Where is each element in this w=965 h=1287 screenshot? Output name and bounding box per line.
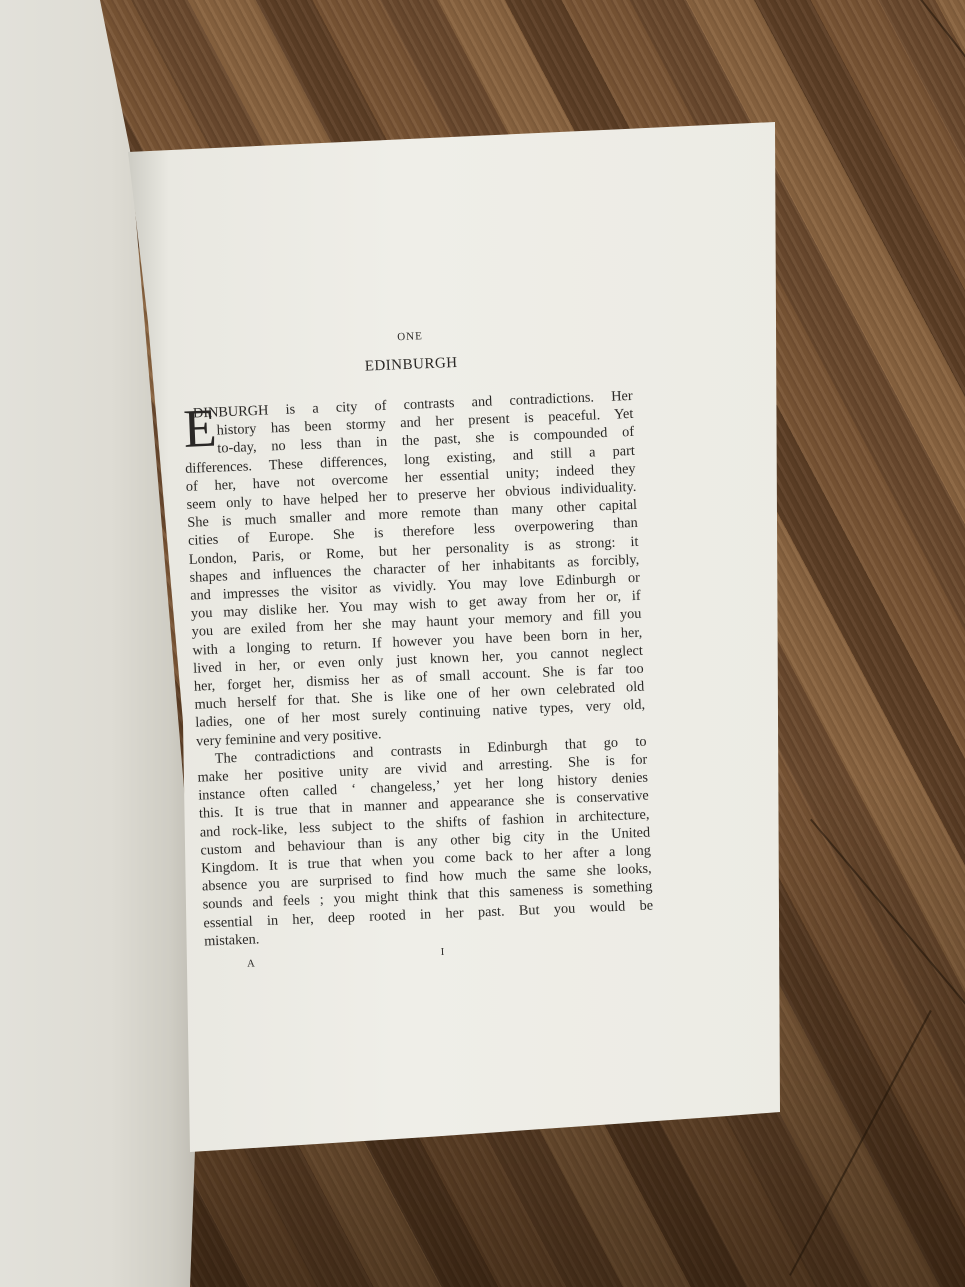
- paragraph-1: E DINBURGH is a city of contrasts and co…: [183, 387, 647, 751]
- drop-cap-letter: E: [183, 402, 218, 455]
- page-text-block: ONE EDINBURGH E DINBURGH is a city of co…: [180, 322, 655, 977]
- page-number: I: [441, 947, 445, 958]
- signature-mark: A: [247, 959, 255, 970]
- paragraph-2: The contradictions and contrasts in Edin…: [196, 732, 654, 950]
- chapter-title: EDINBURGH: [181, 348, 631, 383]
